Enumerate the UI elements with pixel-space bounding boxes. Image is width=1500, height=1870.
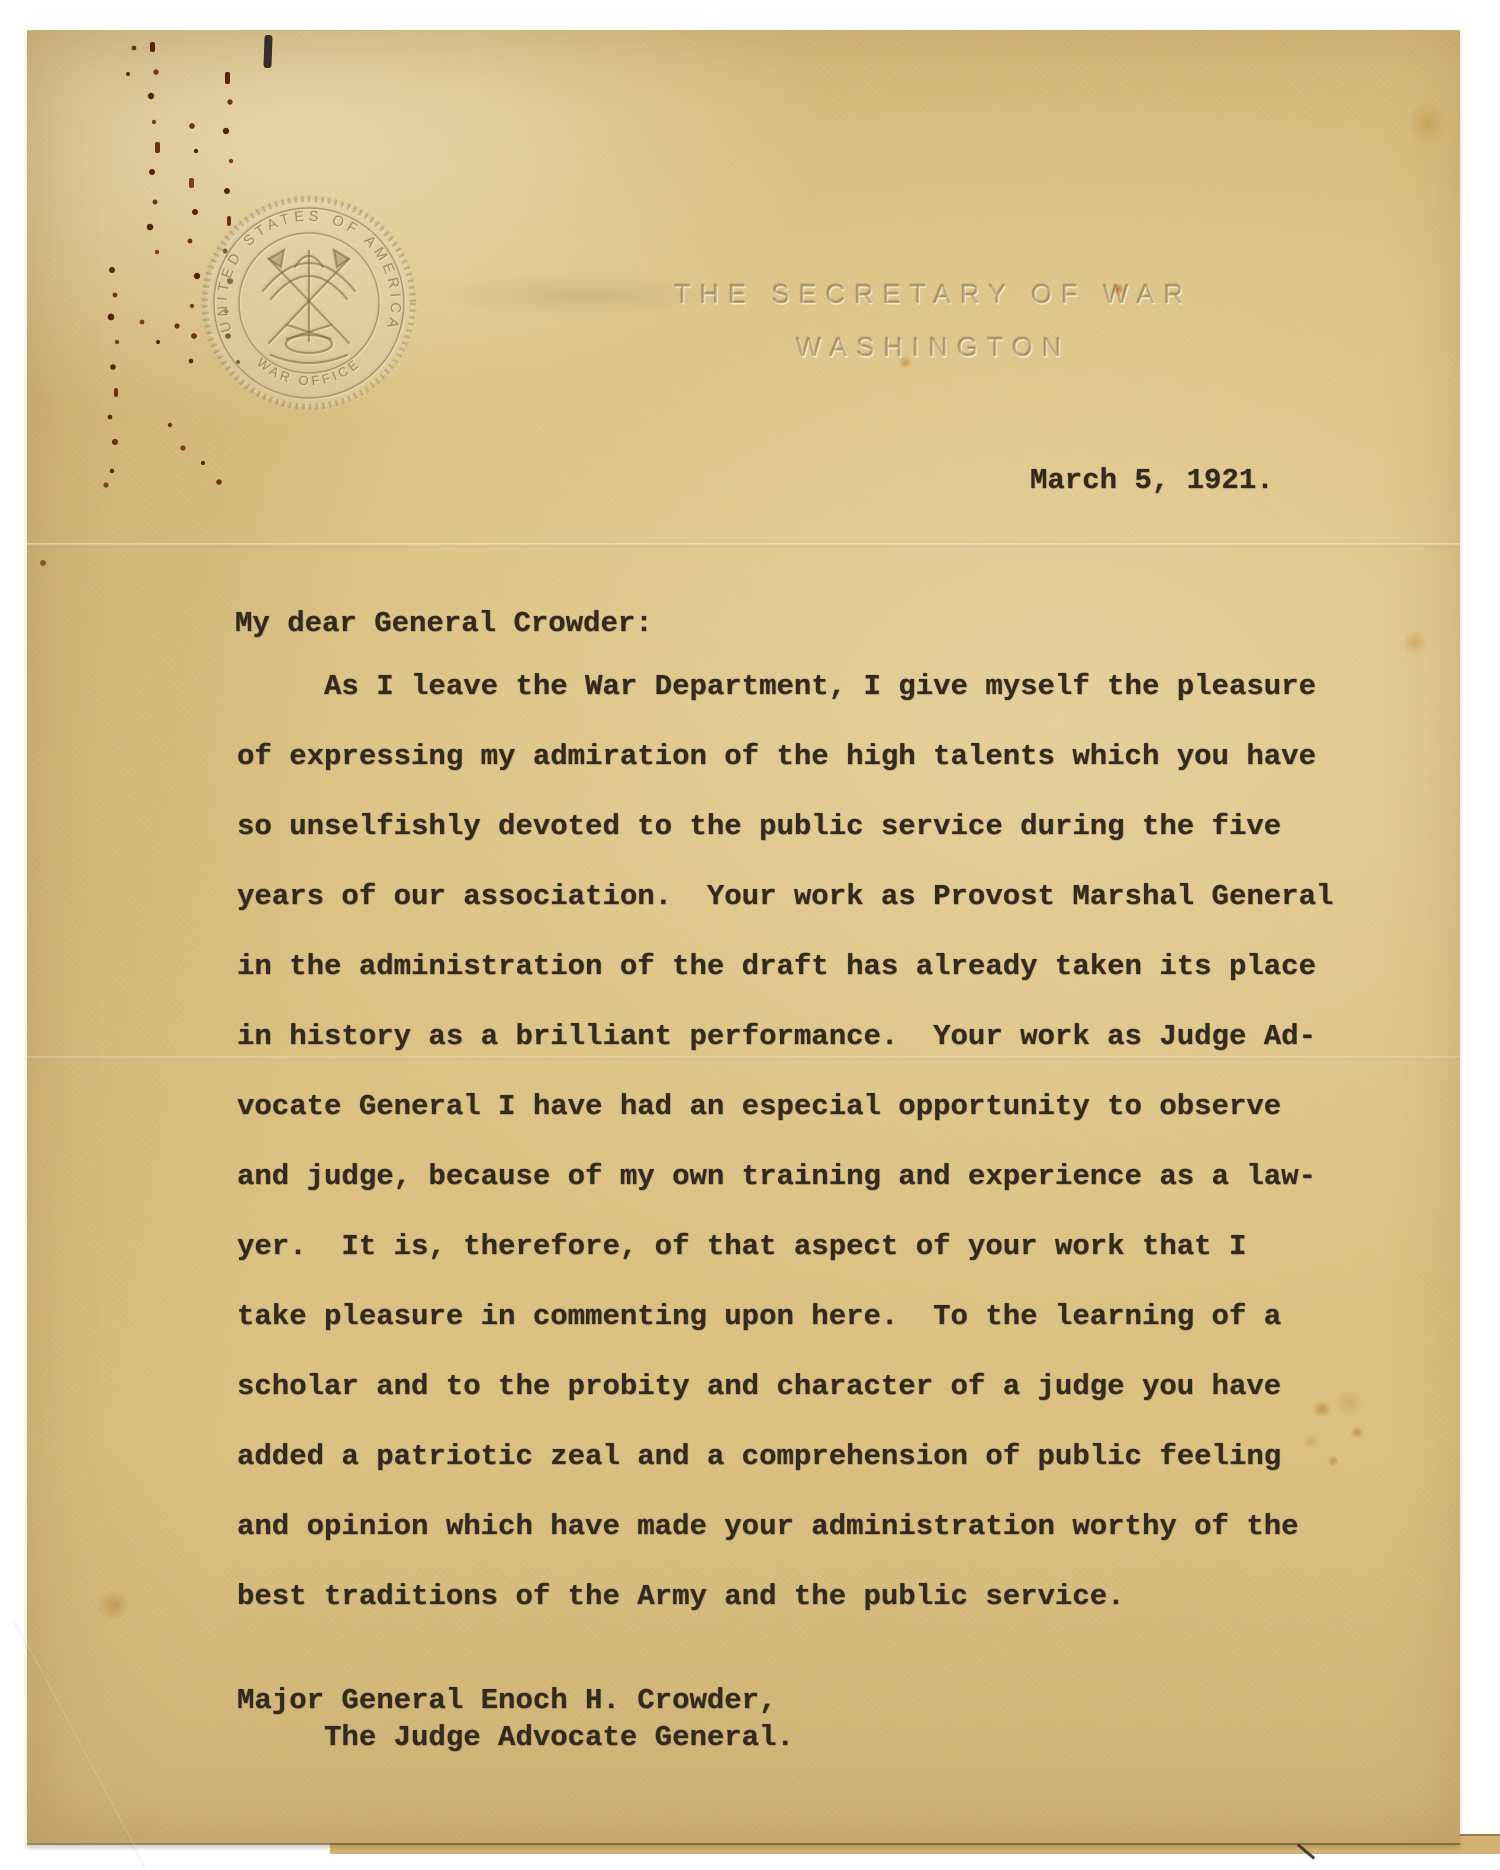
body-line: in history as a brilliant performance. Y… [237,1002,1367,1072]
letter-body: As I leave the War Department, I give my… [237,652,1367,1632]
body-line: scholar and to the probity and character… [237,1352,1367,1422]
ink-dot [40,560,46,566]
closing-line: Major General Enoch H. Crowder, [237,1682,794,1719]
letterhead-line1: THE SECRETARY OF WAR [633,268,1233,321]
letterhead-line2: WASHINGTON [633,321,1233,374]
letter-page: UNITED STATES OF AMERICA WAR OFFICE THE … [27,30,1460,1843]
body-line: best traditions of the Army and the publ… [237,1562,1367,1632]
letterhead: THE SECRETARY OF WAR WASHINGTON [633,268,1233,374]
foxing-spot [1407,100,1447,146]
foxing-spot [1402,630,1428,656]
body-line: take pleasure in commenting upon here. T… [237,1282,1367,1352]
top-dash-mark [263,35,272,68]
war-office-seal: UNITED STATES OF AMERICA WAR OFFICE [199,193,419,413]
closing-line: The Judge Advocate General. [237,1719,794,1756]
date-line: March 5, 1921. [1030,464,1274,497]
corner-crease [12,1620,146,1869]
fold-crease [27,543,1460,547]
body-line: and opinion which have made your adminis… [237,1492,1367,1562]
body-line: of expressing my admiration of the high … [237,722,1367,792]
body-line: years of our association. Your work as P… [237,862,1367,932]
body-line: in the administration of the draft has a… [237,932,1367,1002]
body-line: and judge, because of my own training an… [237,1142,1367,1212]
closing-block: Major General Enoch H. Crowder, The Judg… [237,1682,794,1756]
body-line: vocate General I have had an especial op… [237,1072,1367,1142]
body-line: As I leave the War Department, I give my… [237,652,1367,722]
scan-background: UNITED STATES OF AMERICA WAR OFFICE THE … [0,0,1500,1870]
body-line: yer. It is, therefore, of that aspect of… [237,1212,1367,1282]
foxing-spot [97,1590,131,1620]
body-line: added a patriotic zeal and a comprehensi… [237,1422,1367,1492]
body-line: so unselfishly devoted to the public ser… [237,792,1367,862]
salutation-line: My dear General Crowder: [235,607,653,640]
